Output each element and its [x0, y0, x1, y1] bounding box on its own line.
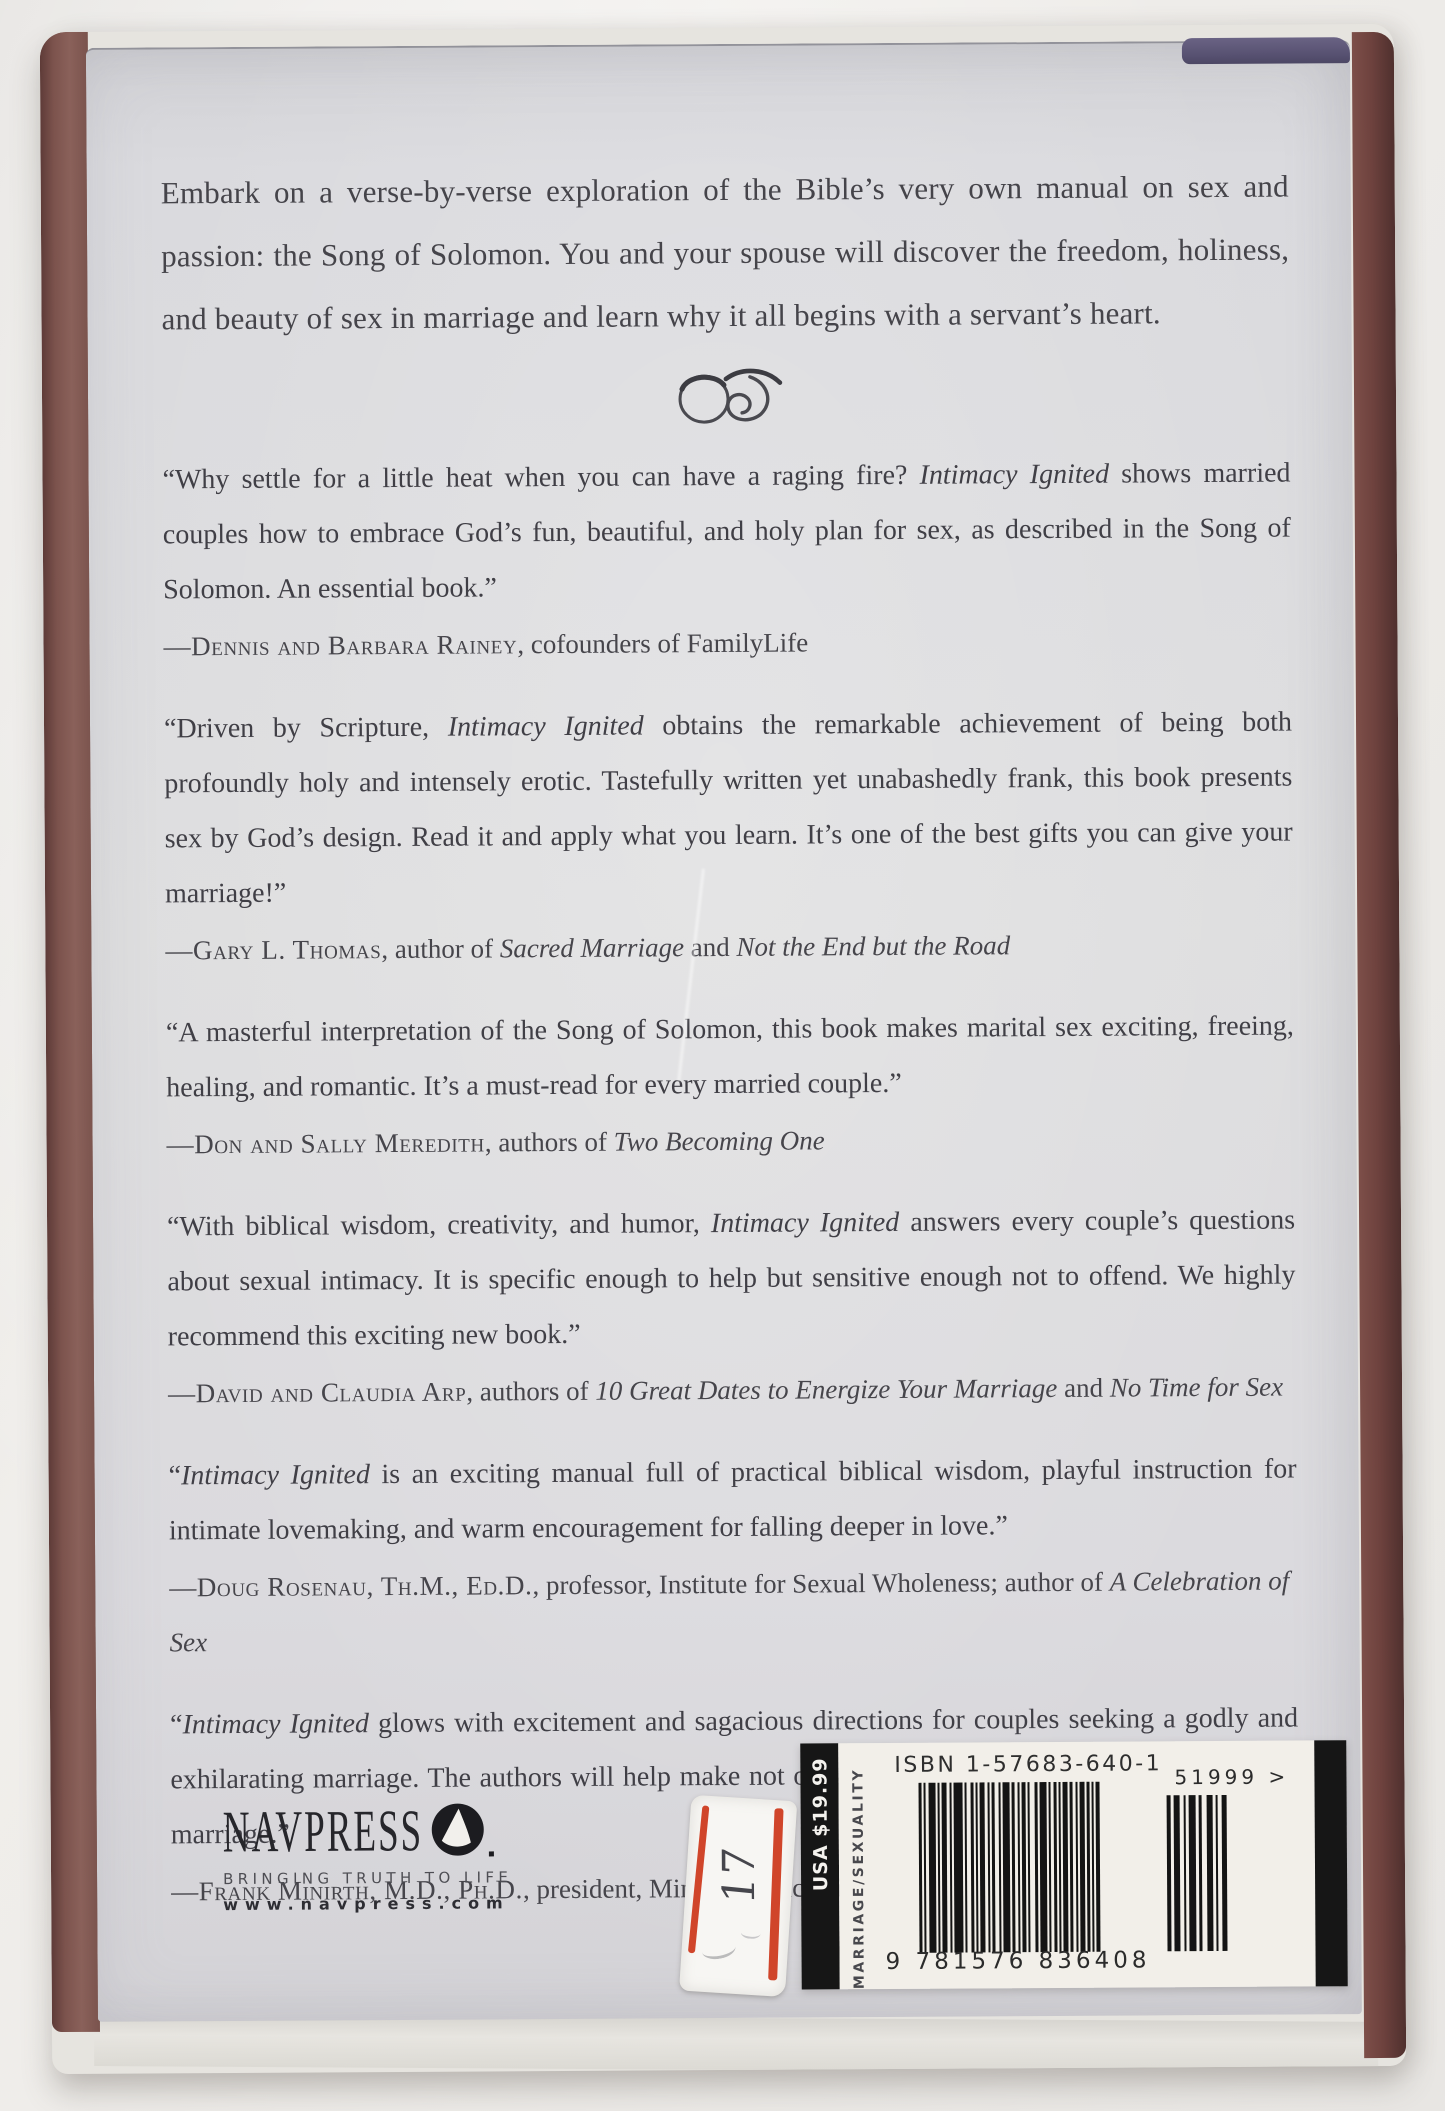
barcode-bar	[937, 1783, 940, 1953]
endorsement: “With biblical wisdom, creativity, and h…	[167, 1193, 1296, 1422]
text-segment: , author of	[381, 933, 500, 964]
text-segment: , authors of	[485, 1127, 614, 1158]
barcode-bar	[964, 1783, 967, 1953]
text-segment: Intimacy Ignited	[711, 1207, 900, 1239]
text-segment: Intimacy Ignited	[448, 710, 644, 742]
endorsement-quote: “A masterful interpretation of the Song …	[166, 999, 1295, 1116]
text-segment: , authors of	[466, 1376, 595, 1407]
navpress-sail-icon	[429, 1800, 487, 1858]
barcode-bar	[991, 1782, 995, 1952]
barcode-bar	[1095, 1782, 1100, 1952]
endorsement: “Driven by Scripture, Intimacy Ignited o…	[164, 695, 1294, 979]
barcode-panel: MARRIAGE/SEXUALITY ISBN 1-57683-640-1 9 …	[838, 1740, 1315, 1989]
publisher-logo-row: NAVPRESS	[223, 1799, 513, 1861]
sticker-smudge	[700, 1937, 737, 1962]
text-segment: —Doug Rosenau, Th.M., Ed.D.	[169, 1570, 532, 1602]
text-segment: “	[170, 1709, 183, 1740]
text-segment: and	[1057, 1373, 1110, 1403]
barcode-bar	[1167, 1795, 1172, 1951]
barcode-bar	[1174, 1795, 1181, 1951]
addon-barcode	[1167, 1795, 1286, 1952]
endorsement-quote: “With biblical wisdom, creativity, and h…	[167, 1193, 1296, 1365]
ean-barcode	[918, 1781, 1151, 1952]
endorsements-list: “Why settle for a little heat when you c…	[162, 446, 1299, 1920]
barcode-bar	[928, 1783, 936, 1953]
endorsement-quote: “Why settle for a little heat when you c…	[162, 446, 1291, 618]
barcode-bar	[1058, 1782, 1061, 1952]
sticker-red-bar	[688, 1805, 710, 1953]
barcode-bar	[979, 1782, 985, 1952]
barcode-bar	[975, 1782, 978, 1952]
barcode-bar	[1075, 1782, 1078, 1952]
barcode-block: USA $19.99 MARRIAGE/SEXUALITY ISBN 1-576…	[800, 1740, 1347, 1989]
sticker-number: 17	[714, 1846, 765, 1907]
sticker-red-bar	[768, 1808, 783, 1980]
barcode-bar	[949, 1783, 952, 1953]
book-pages-edge	[94, 2014, 1378, 2074]
text-segment: —Gary L. Thomas	[165, 934, 381, 965]
endorsement-attribution: —Doug Rosenau, Th.M., Ed.D., professor, …	[169, 1554, 1298, 1671]
barcode-bar	[1199, 1795, 1203, 1951]
endorsement: “A masterful interpretation of the Song …	[166, 999, 1295, 1173]
publisher-name: NAVPRESS	[223, 1796, 424, 1866]
category-label: MARRIAGE/SEXUALITY	[846, 1743, 872, 2001]
text-segment: —Dennis and Barbara Rainey	[163, 629, 517, 661]
endorsement: “Why settle for a little heat when you c…	[162, 446, 1291, 675]
book-back-cover: Embark on a verse-by-verse exploration o…	[40, 24, 1406, 2074]
barcode-bar	[1207, 1795, 1214, 1951]
barcode-bar	[1069, 1782, 1073, 1952]
text-segment: Intimacy Ignited	[919, 459, 1109, 491]
text-segment: No Time for Sex	[1110, 1372, 1283, 1403]
barcode-bar	[1184, 1795, 1187, 1951]
price-label: USA $19.99	[806, 1743, 836, 2003]
text-segment: , professor, Institute for Sexual Wholen…	[532, 1567, 1109, 1601]
publisher-tagline: BRINGING TRUTH TO LIFE	[223, 1868, 512, 1888]
barcode-bar	[1091, 1782, 1094, 1952]
jacket-content: Embark on a verse-by-verse exploration o…	[86, 42, 1361, 1920]
barcode-bar	[1189, 1795, 1197, 1951]
text-segment: Not the End but the Road	[736, 930, 1010, 962]
barcode-bar	[1053, 1782, 1057, 1952]
barcode-bar	[1017, 1782, 1020, 1952]
barcode-bar	[1079, 1782, 1085, 1952]
barcode-bar	[1034, 1782, 1038, 1952]
barcode-bar	[987, 1782, 990, 1952]
barcode-bar	[923, 1783, 926, 1953]
endorsement-quote: “Intimacy Ignited is an exciting manual …	[168, 1442, 1297, 1559]
isbn-label: ISBN 1-57683-640-1	[894, 1751, 1162, 1778]
endorsement-attribution: —Dennis and Barbara Rainey, cofounders o…	[163, 613, 1291, 675]
text-segment: Sacred Marriage	[500, 932, 684, 963]
text-segment: “Driven by Scripture,	[164, 712, 448, 745]
text-segment: —Don and Sally Meredith	[166, 1127, 484, 1159]
sticker-smudge	[740, 1926, 761, 1939]
endorsement-attribution: —Gary L. Thomas, author of Sacred Marria…	[165, 917, 1293, 979]
barcode-bar	[970, 1782, 974, 1952]
text-segment: “A masterful interpretation of the Song …	[166, 1011, 1294, 1104]
barcode-bar	[1062, 1782, 1068, 1952]
endorsement-quote: “Driven by Scripture, Intimacy Ignited o…	[164, 695, 1293, 922]
barcode-bar	[1039, 1782, 1047, 1952]
barcode-bar	[998, 1782, 1001, 1952]
text-segment: 10 Great Dates to Energize Your Marriage	[595, 1373, 1057, 1406]
barcode-bar	[1048, 1782, 1051, 1952]
publisher-name-box: NAVPRESS	[223, 1796, 427, 1864]
publisher-logo-block: NAVPRESS BRINGING TRUTH TO LIFE www.navp…	[223, 1799, 513, 1914]
jacket-back-panel: Embark on a verse-by-verse exploration o…	[86, 40, 1362, 2022]
publisher-url: www.navpress.com	[223, 1893, 512, 1914]
text-segment: “Why settle for a little heat when you c…	[162, 460, 919, 496]
endorsement-attribution: —David and Claudia Arp, authors of 10 Gr…	[168, 1360, 1296, 1422]
barcode-bar	[1011, 1782, 1015, 1952]
barcode-bar	[1027, 1782, 1030, 1952]
price-sticker: 17	[679, 1795, 797, 1997]
barcode-bar	[1021, 1782, 1026, 1952]
endorsement: “Intimacy Ignited is an exciting manual …	[168, 1442, 1297, 1671]
price-strip: USA $19.99	[800, 1743, 840, 1989]
text-segment: Two Becoming One	[614, 1125, 825, 1156]
barcode-right-strip	[1314, 1740, 1348, 1986]
text-segment: Intimacy Ignited	[181, 1459, 370, 1491]
barcode-bar	[1216, 1795, 1219, 1951]
text-segment: —David and Claudia Arp	[168, 1377, 466, 1409]
barcode-bar	[918, 1783, 922, 1953]
registered-mark-dot	[489, 1851, 494, 1856]
ean-digits: 9 781576 836408	[886, 1947, 1151, 1975]
barcode-bar	[941, 1783, 947, 1953]
interlocked-rings-icon	[662, 363, 790, 428]
text-segment: “	[169, 1460, 182, 1491]
text-segment: “With biblical wisdom, creativity, and h…	[167, 1208, 711, 1242]
text-segment: , cofounders of FamilyLife	[517, 627, 808, 659]
barcode-bar	[953, 1783, 963, 1953]
book-board-top-edge	[1182, 37, 1350, 64]
barcode-bar	[1222, 1795, 1228, 1951]
text-segment: Intimacy Ignited	[182, 1708, 369, 1740]
intro-paragraph: Embark on a verse-by-verse exploration o…	[161, 155, 1290, 351]
barcode-bar	[1086, 1782, 1090, 1952]
endorsement-attribution: —Don and Sally Meredith, authors of Two …	[166, 1111, 1294, 1173]
addon-code-label: 51999 >	[1174, 1765, 1289, 1790]
barcode-bar	[1002, 1782, 1010, 1952]
